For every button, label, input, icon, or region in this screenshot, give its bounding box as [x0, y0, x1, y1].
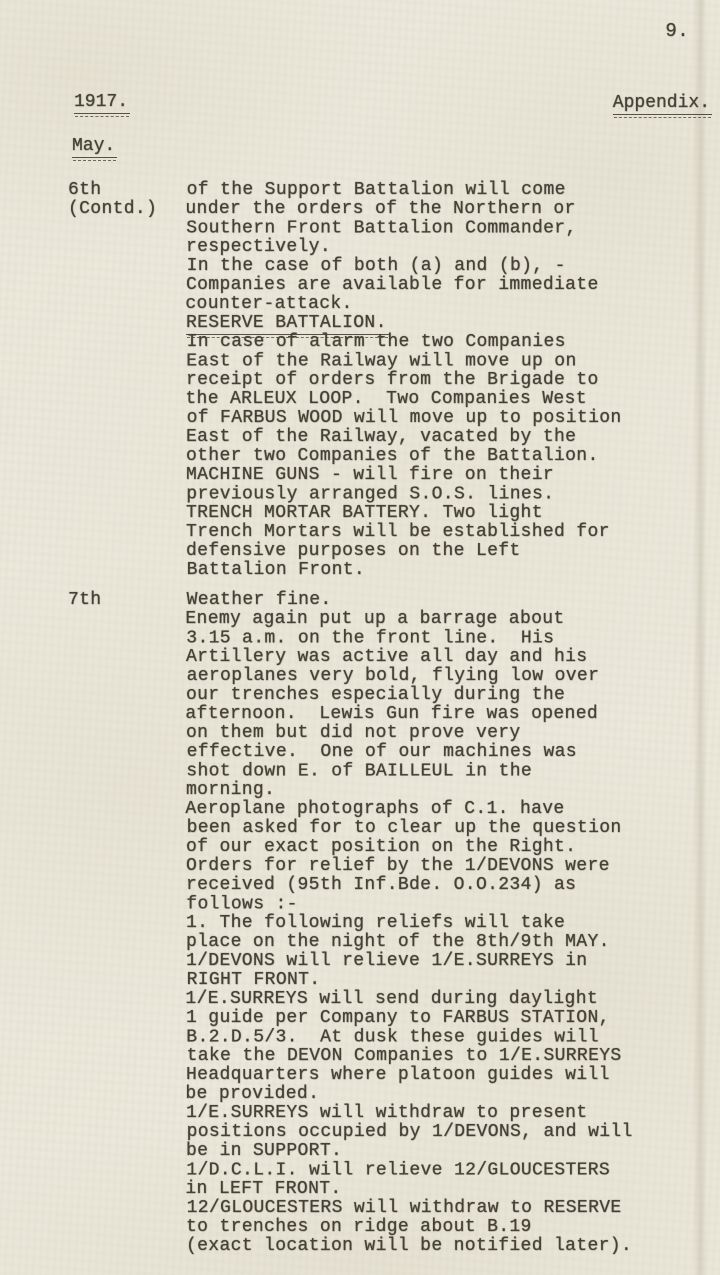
entry-line: Trench Mortars will be established for [186, 523, 696, 542]
entry-line: 1 guide per Company to FARBUS STATION, [186, 1009, 696, 1028]
entry-line: 1/DEVONS will relieve 1/E.SURREYS in [186, 952, 696, 971]
entry-line: MACHINE GUNS - will fire on their [186, 466, 696, 485]
entry-date-line: (Contd.) [68, 200, 186, 219]
entry-body: of the Support Battalion will comeunder … [186, 181, 696, 580]
entry-line: 12/GLOUCESTERS will withdraw to RESERVE [187, 1199, 697, 1218]
entry-line: on them but did not prove very [186, 724, 696, 743]
entry-date: 7th [68, 591, 186, 610]
entry-line: in LEFT FRONT. [185, 1180, 695, 1199]
entry-line: other two Companies of the Battalion. [186, 447, 696, 466]
entry-line: Weather fine. [187, 591, 697, 610]
entry-date-line: 6th [68, 181, 186, 200]
entry-line: of the Support Battalion will come [187, 181, 697, 200]
entry-line: of FARBUS WOOD will move up to position [187, 409, 697, 428]
entry-date: 6th(Contd.) [68, 181, 186, 219]
entry-line: morning. [186, 781, 696, 800]
entry-body: Weather fine.Enemy again put up a barrag… [186, 591, 696, 1256]
entry-line: RIGHT FRONT. [187, 971, 697, 990]
entry-line: Aeroplane photographs of C.1. have [185, 800, 695, 819]
month-heading-text: May. [72, 136, 117, 158]
entry-line: In the case of both (a) and (b), - [187, 257, 697, 276]
diary-entry: 7thWeather fine.Enemy again put up a bar… [68, 591, 696, 1256]
appendix-heading: Appendix. [613, 93, 712, 115]
entry-line: East of the Railway, vacated by the [186, 428, 696, 447]
entry-line: Artillery was active all day and his [186, 648, 696, 667]
entry-line: be in SUPPORT. [186, 1142, 696, 1161]
month-heading: May. [72, 136, 117, 158]
entry-line: In case of alarm the two Companies [187, 333, 697, 352]
entry-line: Enemy again put up a barrage about [185, 610, 695, 629]
entry-line: TRENCH MORTAR BATTERY. Two light [186, 504, 696, 523]
entry-line: Companies are available for immediate [186, 276, 696, 295]
entry-line: been asked for to clear up the question [187, 819, 697, 838]
entry-line: 1/E.SURREYS will withdraw to present [186, 1104, 696, 1123]
entry-line: be provided. [185, 1085, 695, 1104]
entry-line: place on the night of the 8th/9th MAY. [186, 933, 696, 952]
entry-line: 1. The following reliefs will take [186, 914, 696, 933]
entry-line: 1/D.C.L.I. will relieve 12/GLOUCESTERS [186, 1161, 696, 1180]
year-heading-text: 1917. [74, 92, 130, 114]
entry-line: to trenches on ridge about B.19 [186, 1218, 696, 1237]
entry-line: take the DEVON Companies to 1/E.SURREYS [187, 1047, 697, 1066]
diary-page: 9. 1917. Appendix. May. 6th(Contd.)of th… [0, 0, 720, 1275]
entry-line: Orders for relief by the 1/DEVONS were [186, 857, 696, 876]
entry-line: follows :- [186, 895, 696, 914]
entry-line: counter-attack. [185, 295, 695, 314]
entry-line: shot down E. of BAILLEUL in the [186, 762, 696, 781]
entry-line: East of the Railway will move up on [186, 352, 696, 371]
diary-entry: 6th(Contd.)of the Support Battalion will… [68, 181, 696, 580]
entry-line: received (95th Inf.Bde. O.O.234) as [186, 876, 696, 895]
entry-line: of our exact position on the Right. [186, 838, 696, 857]
year-heading: 1917. [74, 92, 130, 114]
entry-line: RESERVE BATTALION. [186, 314, 696, 333]
entry-line: Headquarters where platoon guides will [186, 1066, 696, 1085]
page-number: 9. [665, 20, 689, 42]
entry-line: under the orders of the Northern or [185, 200, 695, 219]
entry-date-line: 7th [68, 591, 186, 610]
entry-line: previously arranged S.O.S. lines. [186, 485, 696, 504]
entries: 6th(Contd.)of the Support Battalion will… [68, 181, 696, 1256]
entry-line: Battalion Front. [187, 561, 697, 580]
entry-line: B.2.D.5/3. At dusk these guides will [186, 1028, 696, 1047]
entry-line: effective. One of our machines was [187, 743, 697, 762]
entry-line: Southern Front Battalion Commander, [186, 219, 696, 238]
entry-line: positions occupied by 1/DEVONS, and will [187, 1123, 697, 1142]
entry-line: receipt of orders from the Brigade to [186, 371, 696, 390]
appendix-heading-text: Appendix. [613, 93, 712, 115]
entry-line: 1/E.SURREYS will send during daylight [185, 990, 695, 1009]
entry-line: our trenches especially during the [186, 686, 696, 705]
entry-line: aeroplanes very bold, flying low over [187, 667, 697, 686]
entry-line: respectively. [186, 238, 696, 257]
entry-line: (exact location will be notified later). [186, 1237, 696, 1256]
entry-line: 3.15 a.m. on the front line. His [186, 629, 696, 648]
entry-line: defensive purposes on the Left [186, 542, 696, 561]
entry-line: the ARLEUX LOOP. Two Companies West [185, 390, 695, 409]
entry-line: afternoon. Lewis Gun fire was opened [185, 705, 695, 724]
